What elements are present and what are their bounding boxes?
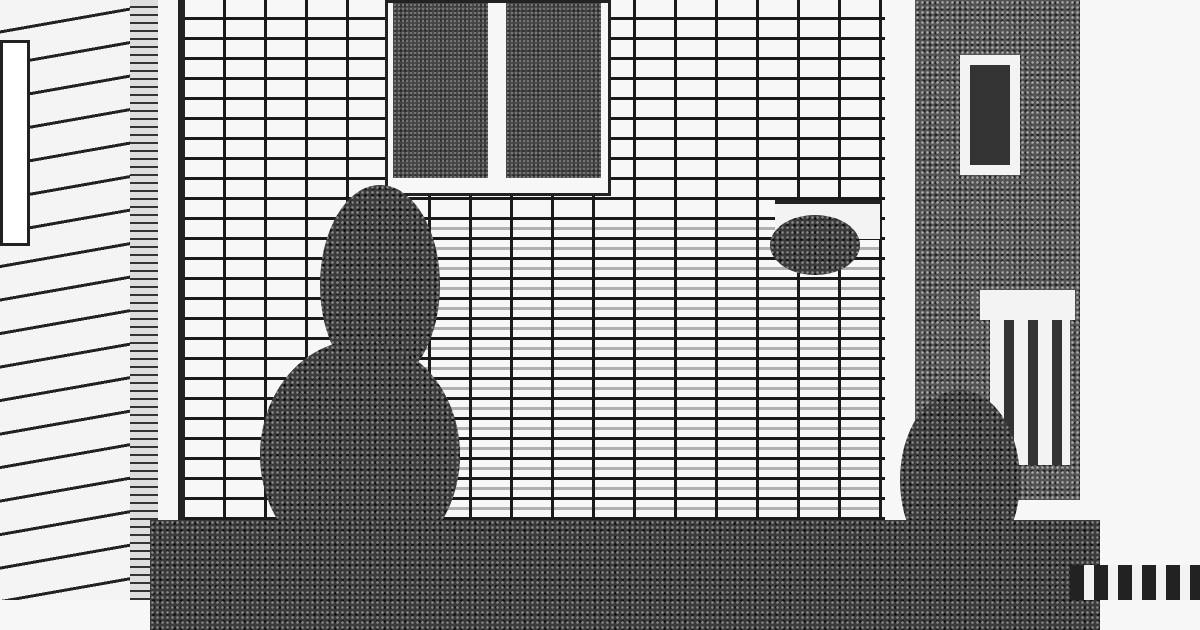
- window-pane-left: [393, 3, 488, 178]
- fence: [1070, 565, 1200, 600]
- downspout: [130, 0, 158, 600]
- photo-scene: [0, 0, 1200, 630]
- left-house-window: [0, 40, 30, 246]
- double-window: [385, 0, 611, 196]
- porch-roof: [980, 290, 1075, 320]
- shrub-small: [770, 215, 860, 275]
- neighbor-window: [960, 55, 1020, 175]
- window-pane-right: [506, 3, 601, 178]
- ground-vegetation: [150, 520, 1100, 630]
